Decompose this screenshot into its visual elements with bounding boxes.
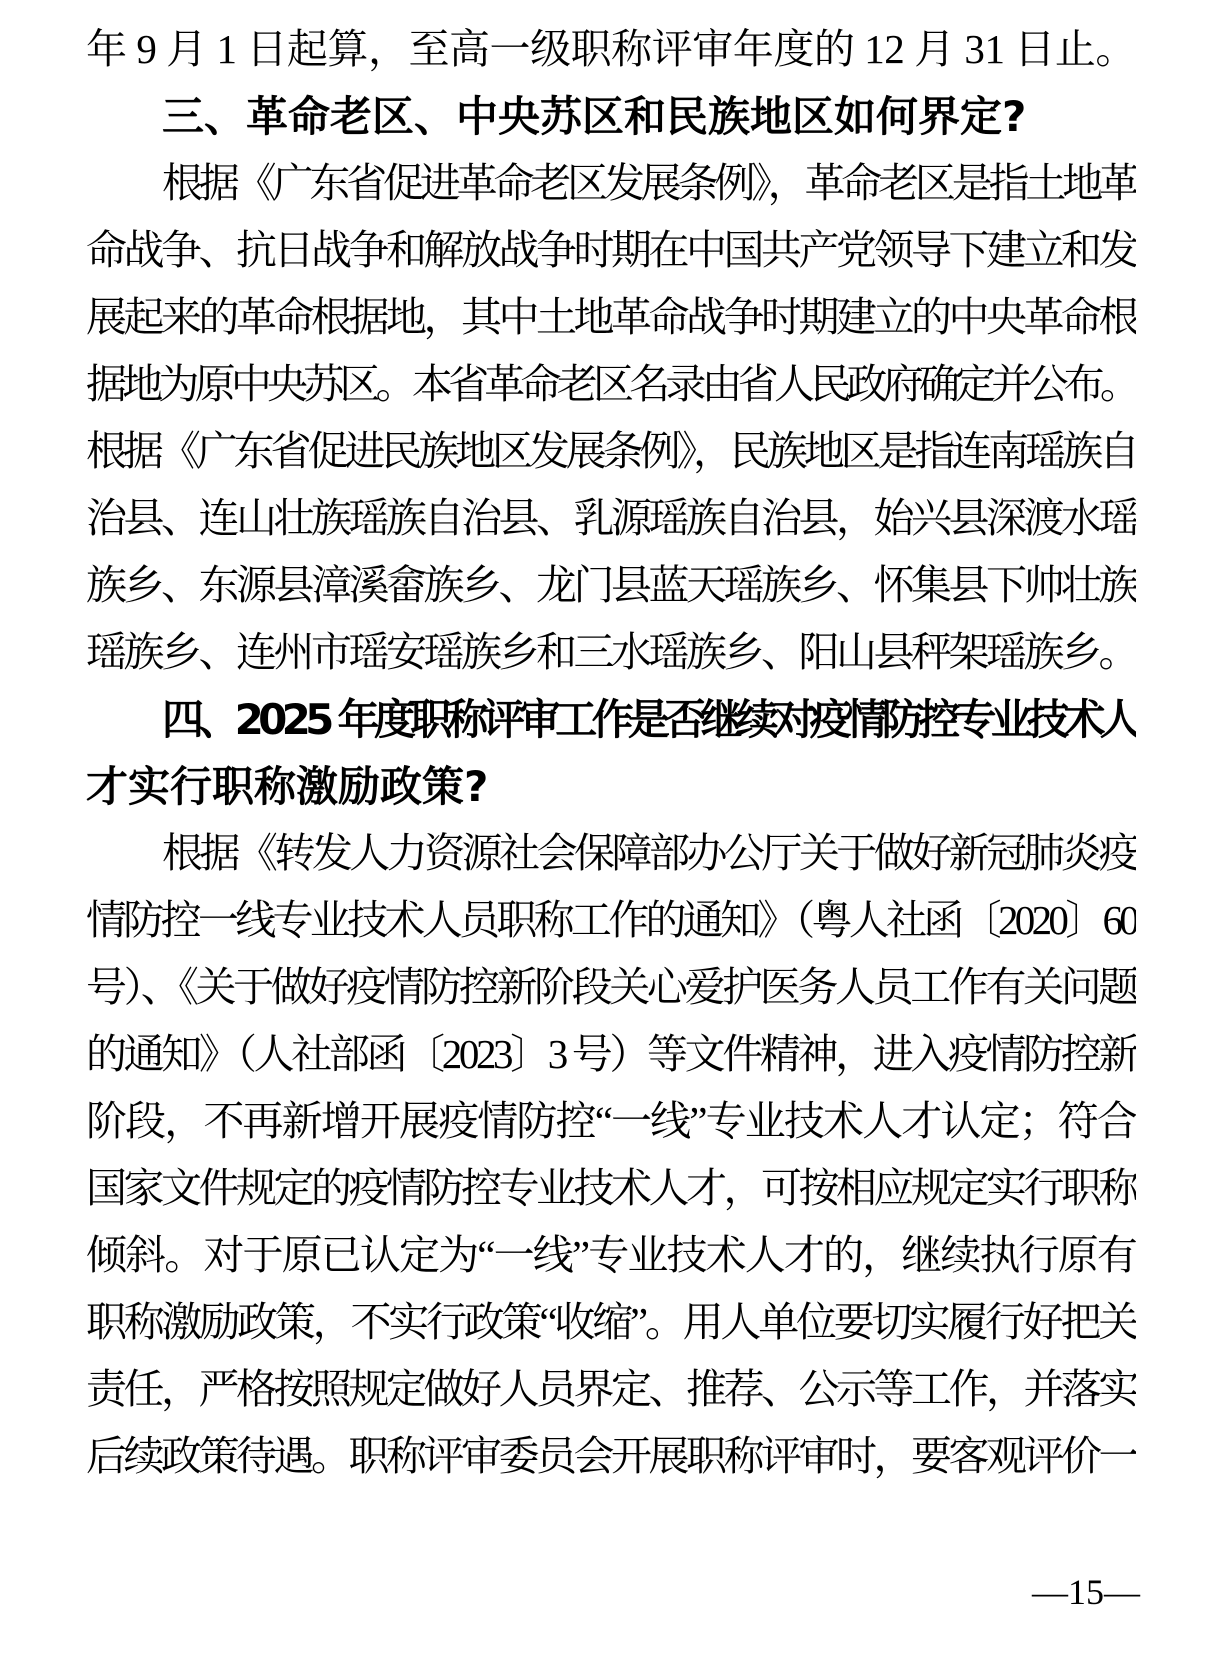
text-line: 情防控一线专业技术人员职称工作的通知》（粤人社函〔2020〕60 — [86, 887, 1136, 954]
text-line: 倾斜。对于原已认定为“一线”专业技术人才的，继续执行原有 — [86, 1222, 1136, 1289]
line-text: 才实行职称激励政策? — [86, 753, 488, 820]
document-body: 年 9 月 1 日起算，至高一级职称评审年度的 12 月 31 日止。三、革命老… — [86, 16, 1136, 1490]
text-line: 命战争、抗日战争和解放战争时期在中国共产党领导下建立和发 — [86, 217, 1136, 284]
text-line: 根据《转发人力资源社会保障部办公厅关于做好新冠肺炎疫 — [86, 820, 1136, 887]
line-text: 阶段，不再新增开展疫情防控“一线”专业技术人才认定；符合 — [86, 1088, 1136, 1155]
line-text: 根据《转发人力资源社会保障部办公厅关于做好新冠肺炎疫 — [162, 820, 1136, 887]
line-text: 根据《广东省促进革命老区发展条例》，革命老区是指土地革 — [162, 150, 1136, 217]
line-text: 命战争、抗日战争和解放战争时期在中国共产党领导下建立和发 — [86, 217, 1136, 284]
line-text: 根据《广东省促进民族地区发展条例》，民族地区是指连南瑶族自 — [86, 418, 1136, 485]
text-line: 的通知》（人社部函〔2023〕3 号）等文件精神，进入疫情防控新 — [86, 1021, 1136, 1088]
line-text: 责任，严格按照规定做好人员界定、推荐、公示等工作，并落实 — [86, 1356, 1136, 1423]
text-line: 据地为原中央苏区。本省革命老区名录由省人民政府确定并公布。 — [86, 351, 1136, 418]
page-number: —15— — [1032, 1572, 1140, 1612]
heading-line: 三、革命老区、中央苏区和民族地区如何界定? — [86, 83, 1136, 150]
heading-line: 才实行职称激励政策? — [86, 753, 1136, 820]
text-line: 年 9 月 1 日起算，至高一级职称评审年度的 12 月 31 日止。 — [86, 16, 1136, 83]
line-text: 后续政策待遇。职称评审委员会开展职称评审时，要客观评价一 — [86, 1423, 1136, 1490]
line-text: 三、革命老区、中央苏区和民族地区如何界定? — [162, 83, 1026, 150]
text-line: 根据《广东省促进民族地区发展条例》，民族地区是指连南瑶族自 — [86, 418, 1136, 485]
text-line: 展起来的革命根据地，其中土地革命战争时期建立的中央革命根 — [86, 284, 1136, 351]
text-line: 国家文件规定的疫情防控专业技术人才，可按相应规定实行职称 — [86, 1155, 1136, 1222]
line-text: 四、2025 年度职称评审工作是否继续对疫情防控专业技术人 — [162, 686, 1136, 753]
text-line: 后续政策待遇。职称评审委员会开展职称评审时，要客观评价一 — [86, 1423, 1136, 1490]
line-text: 展起来的革命根据地，其中土地革命战争时期建立的中央革命根 — [86, 284, 1136, 351]
text-line: 阶段，不再新增开展疫情防控“一线”专业技术人才认定；符合 — [86, 1088, 1136, 1155]
line-text: 号）、《关于做好疫情防控新阶段关心爱护医务人员工作有关问题 — [86, 954, 1136, 1021]
line-text: 治县、连山壮族瑶族自治县、乳源瑶族自治县，始兴县深渡水瑶 — [86, 485, 1136, 552]
document-page: 年 9 月 1 日起算，至高一级职称评审年度的 12 月 31 日止。三、革命老… — [0, 0, 1217, 1657]
line-text: 的通知》（人社部函〔2023〕3 号）等文件精神，进入疫情防控新 — [86, 1021, 1136, 1088]
line-text: 职称激励政策，不实行政策“收缩”。用人单位要切实履行好把关 — [86, 1289, 1136, 1356]
text-line: 族乡、东源县漳溪畲族乡、龙门县蓝天瑶族乡、怀集县下帅壮族 — [86, 552, 1136, 619]
line-text: 据地为原中央苏区。本省革命老区名录由省人民政府确定并公布。 — [86, 351, 1136, 418]
text-line: 职称激励政策，不实行政策“收缩”。用人单位要切实履行好把关 — [86, 1289, 1136, 1356]
line-text: 情防控一线专业技术人员职称工作的通知》（粤人社函〔2020〕60 — [86, 887, 1136, 954]
text-line: 瑶族乡、连州市瑶安瑶族乡和三水瑶族乡、阳山县秤架瑶族乡。 — [86, 619, 1136, 686]
text-line: 号）、《关于做好疫情防控新阶段关心爱护医务人员工作有关问题 — [86, 954, 1136, 1021]
text-line: 治县、连山壮族瑶族自治县、乳源瑶族自治县，始兴县深渡水瑶 — [86, 485, 1136, 552]
text-line: 根据《广东省促进革命老区发展条例》，革命老区是指土地革 — [86, 150, 1136, 217]
line-text: 倾斜。对于原已认定为“一线”专业技术人才的，继续执行原有 — [86, 1222, 1136, 1289]
heading-line: 四、2025 年度职称评审工作是否继续对疫情防控专业技术人 — [86, 686, 1136, 753]
line-text: 国家文件规定的疫情防控专业技术人才，可按相应规定实行职称 — [86, 1155, 1136, 1222]
line-text: 瑶族乡、连州市瑶安瑶族乡和三水瑶族乡、阳山县秤架瑶族乡。 — [86, 619, 1136, 686]
line-text: 年 9 月 1 日起算，至高一级职称评审年度的 12 月 31 日止。 — [86, 16, 1136, 83]
line-text: 族乡、东源县漳溪畲族乡、龙门县蓝天瑶族乡、怀集县下帅壮族 — [86, 552, 1136, 619]
text-line: 责任，严格按照规定做好人员界定、推荐、公示等工作，并落实 — [86, 1356, 1136, 1423]
